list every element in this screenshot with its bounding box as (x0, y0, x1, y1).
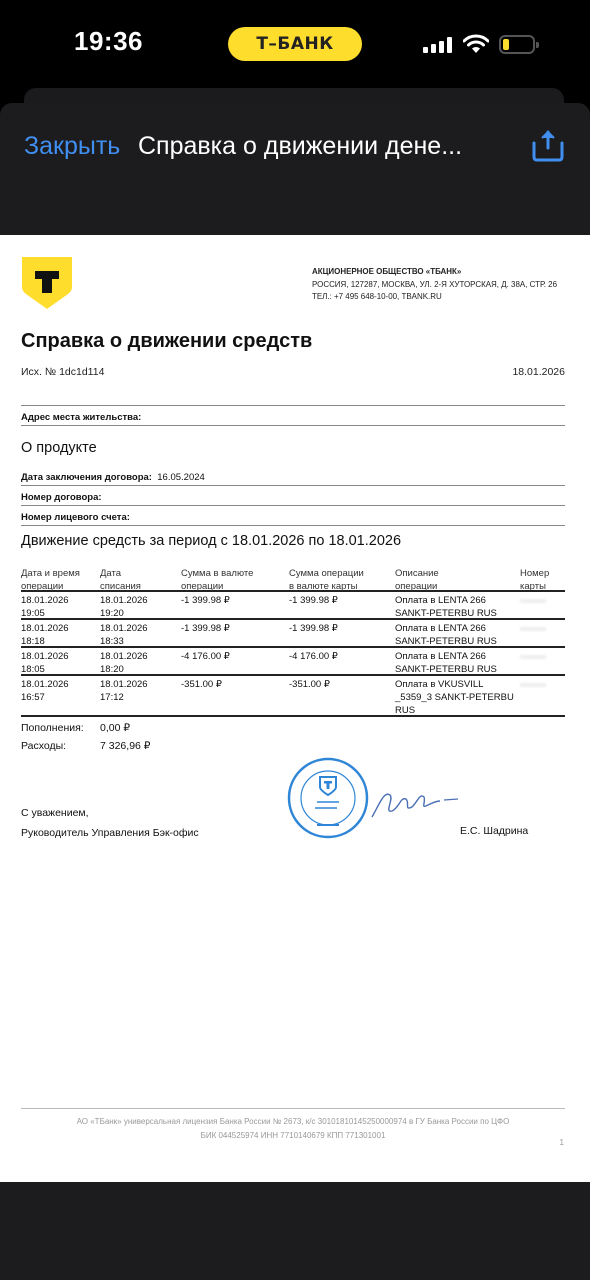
company-details: АКЦИОНЕРНОЕ ОБЩЕСТВО «ТБАНК» РОССИЯ, 127… (312, 265, 557, 303)
signer-position: Руководитель Управления Бэк-офис (21, 823, 199, 843)
operation-datetime: 18.01.202619:05 (21, 594, 97, 620)
income-value: 0,00 ₽ (100, 722, 130, 734)
table-row: 18.01.202618:0518.01.202618:20-4 176.00 … (21, 648, 565, 676)
product-section-heading: О продукте (21, 440, 97, 456)
operation-description: Оплата в VKUSVILL_5359_3 SANKT-PETERBURU… (395, 678, 515, 717)
period-heading: Движение средсть за период с 18.01.2026 … (21, 533, 401, 549)
operation-datetime: 18.01.202618:05 (21, 650, 97, 676)
debit-datetime: 18.01.202618:20 (100, 650, 180, 676)
table-row: 18.01.202618:1818.01.202618:33-1 399.98 … (21, 620, 565, 648)
page-number: 1 (560, 1138, 564, 1147)
reference-date: 18.01.2026 (512, 366, 565, 378)
company-stamp-icon (287, 757, 369, 839)
close-button[interactable]: Закрыть (24, 132, 120, 161)
reference-number: Исх. № 1dc1d114 (21, 366, 104, 378)
app-pill-label: Т–БАНК (256, 34, 333, 54)
operation-description: Оплата в LENTA 266SANKT-PETERBU RUS (395, 650, 515, 676)
totals: Пополнения:0,00 ₽ Расходы:7 326,96 ₽ (21, 719, 150, 755)
column-header: Описаниеоперации (395, 567, 515, 593)
regards-text: С уважением, (21, 803, 199, 823)
address-field: Адрес места жительства: (21, 412, 141, 423)
card-number-redacted (520, 622, 565, 635)
battery-low-icon (499, 35, 535, 54)
footer-line-2: БИК 044525974 ИНН 7710140679 КПП 7713010… (21, 1129, 565, 1143)
document-title: Справка о движении средств (21, 330, 312, 353)
share-icon[interactable] (530, 129, 566, 163)
table-row: 18.01.202616:5718.01.202617:12-351.00 ₽-… (21, 676, 565, 717)
divider (21, 525, 565, 526)
debit-datetime: 18.01.202619:20 (100, 594, 180, 620)
amount-operation-currency: -4 176.00 ₽ (181, 650, 286, 663)
account-number-field: Номер лицевого счета: (21, 512, 130, 523)
operation-datetime: 18.01.202616:57 (21, 678, 97, 704)
contract-date-field: Дата заключения договора: 16.05.2024 (21, 472, 205, 483)
divider (21, 485, 565, 486)
divider (21, 505, 565, 506)
signer-name: Е.С. Шадрина (460, 825, 528, 837)
footer-legal: АО «ТБанк» универсальная лицензия Банка … (21, 1115, 565, 1143)
card-number-redacted (520, 678, 565, 691)
company-address: РОССИЯ, 127287, МОСКВА, УЛ. 2-Я ХУТОРСКА… (312, 278, 557, 291)
amount-card-currency: -1 399.98 ₽ (289, 622, 394, 635)
cellular-signal-icon (423, 37, 453, 53)
income-label: Пополнения: (21, 719, 100, 737)
table-header: Дата и времяоперацииДатасписанияСумма в … (21, 565, 565, 592)
table-row: 18.01.202619:0518.01.202619:20-1 399.98 … (21, 592, 565, 620)
operation-description: Оплата в LENTA 266SANKT-PETERBU RUS (395, 622, 515, 648)
signature-icon (370, 783, 460, 823)
amount-operation-currency: -1 399.98 ₽ (181, 622, 286, 635)
tbank-shield-logo-icon (22, 257, 72, 309)
expense-value: 7 326,96 ₽ (100, 740, 150, 752)
company-name: АКЦИОНЕРНОЕ ОБЩЕСТВО «ТБАНК» (312, 265, 557, 278)
divider (21, 425, 565, 426)
statement-document: АКЦИОНЕРНОЕ ОБЩЕСТВО «ТБАНК» РОССИЯ, 127… (0, 235, 590, 1182)
column-header: Дата и времяоперации (21, 567, 97, 593)
expense-label: Расходы: (21, 737, 100, 755)
amount-card-currency: -351.00 ₽ (289, 678, 394, 691)
amount-card-currency: -4 176.00 ₽ (289, 650, 394, 663)
column-header: Номеркарты (520, 567, 565, 593)
amount-card-currency: -1 399.98 ₽ (289, 594, 394, 607)
column-header: Сумма в валютеоперации (181, 567, 286, 593)
transactions-table: Дата и времяоперацииДатасписанияСумма в … (21, 565, 565, 717)
dynamic-island-app-pill[interactable]: Т–БАНК (228, 27, 362, 61)
contract-number-field: Номер договора: (21, 492, 102, 503)
amount-operation-currency: -351.00 ₽ (181, 678, 286, 691)
status-time: 19:36 (74, 26, 143, 57)
closing: С уважением, Руководитель Управления Бэк… (21, 803, 199, 843)
contract-date-value: 16.05.2024 (157, 472, 205, 483)
status-bar: 19:36 Т–БАНК (0, 0, 590, 90)
debit-datetime: 18.01.202618:33 (100, 622, 180, 648)
card-number-redacted (520, 594, 565, 607)
operation-description: Оплата в LENTA 266SANKT-PETERBU RUS (395, 594, 515, 620)
company-contacts: ТЕЛ.: +7 495 648-10-00, TBANK.RU (312, 290, 557, 303)
footer-line-1: АО «ТБанк» универсальная лицензия Банка … (21, 1115, 565, 1129)
debit-datetime: 18.01.202617:12 (100, 678, 180, 704)
footer-divider (21, 1108, 565, 1109)
card-number-redacted (520, 650, 565, 663)
column-header: Датасписания (100, 567, 180, 593)
viewer-navbar: Закрыть Справка о движении дене... (0, 103, 590, 193)
viewer-title: Справка о движении дене... (138, 132, 462, 161)
amount-operation-currency: -1 399.98 ₽ (181, 594, 286, 607)
wifi-icon (463, 34, 489, 54)
divider (21, 405, 565, 406)
column-header: Сумма операциив валюте карты (289, 567, 394, 593)
operation-datetime: 18.01.202618:18 (21, 622, 97, 648)
